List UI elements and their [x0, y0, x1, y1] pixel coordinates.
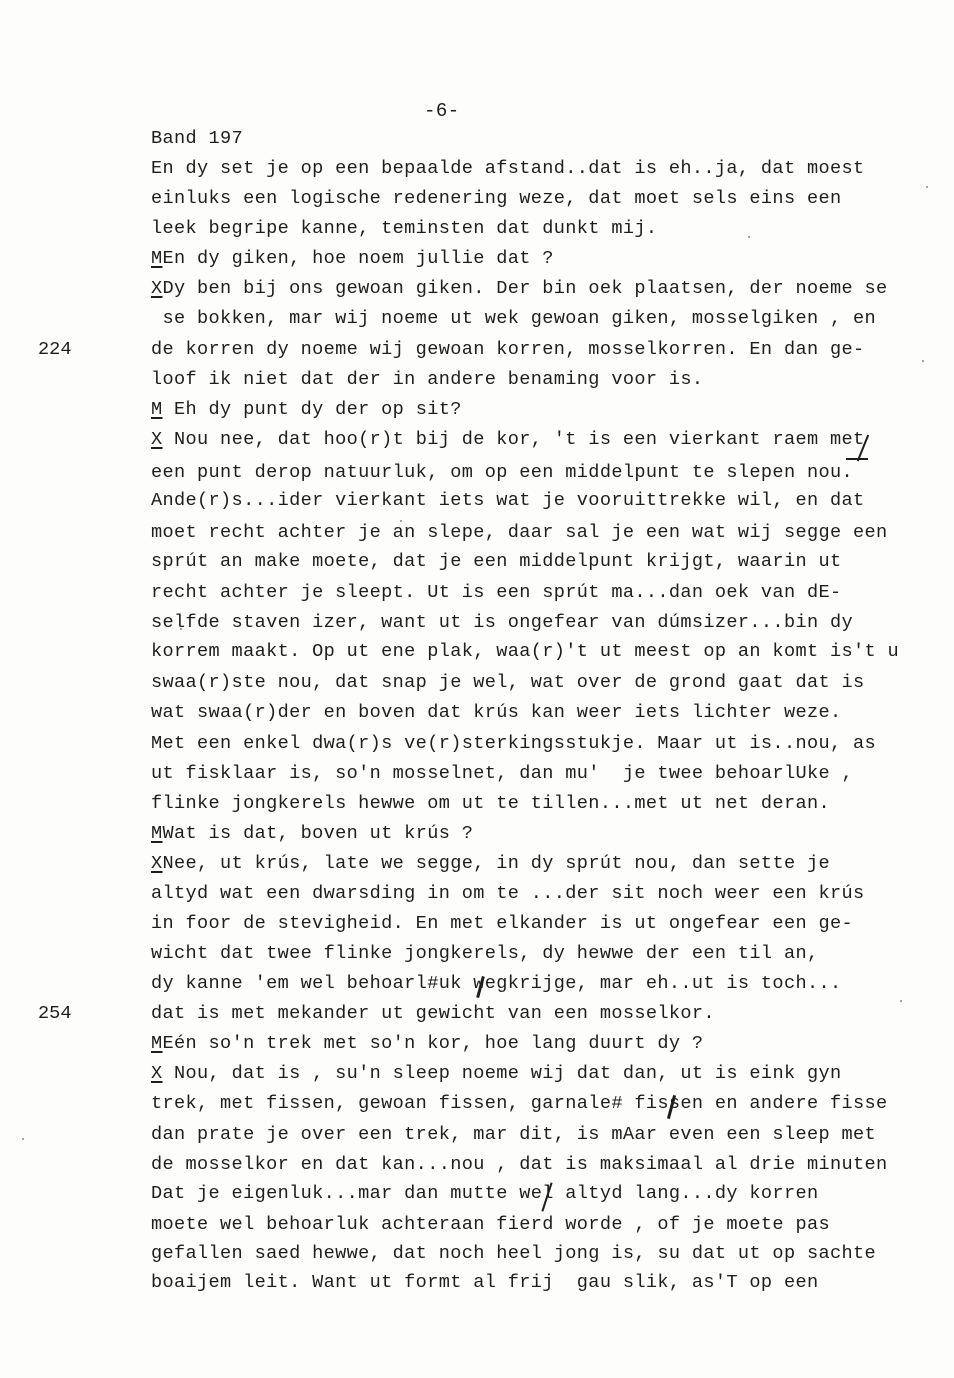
- paper-speck: [748, 236, 750, 238]
- transcript-line: loof ik niet dat der in andere benaming …: [151, 369, 703, 391]
- transcript-line: korrem maakt. Op ut ene plak, waa(r)'t u…: [151, 641, 899, 663]
- transcript-line: dat is met mekander ut gewicht van een m…: [151, 1003, 715, 1025]
- line-text: de mosselkor en dat kan...nou , dat is m…: [151, 1154, 888, 1175]
- transcript-line: MWat is dat, boven ut krús ?: [151, 823, 473, 845]
- line-text: dat is met mekander ut gewicht van een m…: [151, 1003, 715, 1024]
- transcript-line: MEn dy giken, hoe noem jullie dat ?: [151, 248, 554, 270]
- transcript-line: selfde staven izer, want ut is ongefear …: [151, 612, 853, 634]
- transcript-line: recht achter je sleept. Ut is een sprút …: [151, 582, 841, 604]
- speaker-marker: M: [151, 1033, 163, 1054]
- transcript-line: Dat je eigenluk...mar dan mutte wel alty…: [151, 1183, 818, 1205]
- line-text: Dy ben bij ons gewoan giken. Der bin oek…: [163, 278, 888, 299]
- speaker-marker: X: [151, 278, 163, 299]
- line-text: Eén so'n trek met so'n kor, hoe lang duu…: [163, 1033, 704, 1054]
- line-text: Nou, dat is , su'n sleep noeme wij dat d…: [163, 1063, 842, 1084]
- line-text: En dy set je op een bepaalde afstand..da…: [151, 158, 865, 179]
- line-text: wat swaa(r)der en boven dat krús kan wee…: [151, 702, 841, 723]
- tape-counter-number: 254: [38, 1003, 71, 1025]
- transcript-line: boaijem leit. Want ut formt al frij gau …: [151, 1272, 818, 1294]
- transcript-line: moet recht achter je an slepe, daar sal …: [151, 522, 888, 544]
- typewritten-page: -6- Band 197En dy set je op een bepaalde…: [0, 0, 954, 1378]
- line-text: loof ik niet dat der in andere benaming …: [151, 369, 703, 390]
- transcript-line: trek, met fissen, gewoan fissen, garnale…: [151, 1093, 888, 1115]
- transcript-line: wicht dat twee flinke jongkerels, dy hew…: [151, 943, 818, 965]
- line-text: ut fisklaar is, so'n mosselnet, dan mu' …: [151, 763, 853, 784]
- transcript-line: se bokken, mar wij noeme ut wek gewoan g…: [151, 308, 876, 330]
- transcript-line: dan prate je over een trek, mar dit, is …: [151, 1124, 876, 1146]
- speaker-marker: M: [151, 399, 163, 420]
- line-text: leek begripe kanne, teminsten dat dunkt …: [151, 218, 657, 239]
- page-number: -6-: [424, 100, 460, 122]
- line-text: in foor de stevigheid. En met elkander i…: [151, 913, 853, 934]
- transcript-line: En dy set je op een bepaalde afstand..da…: [151, 158, 865, 180]
- paper-speck: [22, 1138, 24, 1140]
- speaker-marker: M: [151, 823, 163, 844]
- transcript-line: moete wel behoarluk achteraan fierd word…: [151, 1214, 830, 1236]
- line-text: moete wel behoarluk achteraan fierd word…: [151, 1214, 830, 1235]
- paper-speck: [180, 628, 182, 630]
- line-text: selfde staven izer, want ut is ongefear …: [151, 612, 853, 633]
- line-text: Nou nee, dat hoo(r)t bij de kor, 't is e…: [163, 429, 865, 450]
- line-text: En dy giken, hoe noem jullie dat ?: [163, 248, 554, 269]
- line-text: trek, met fissen, gewoan fissen, garnale…: [151, 1093, 888, 1114]
- line-text: Eh dy punt dy der op sit?: [163, 399, 462, 420]
- transcript-line: Ande(r)s...ider vierkant iets wat je voo…: [151, 490, 865, 512]
- transcript-line: gefallen saed hewwe, dat noch heel jong …: [151, 1243, 876, 1265]
- transcript-line: wat swaa(r)der en boven dat krús kan wee…: [151, 702, 841, 724]
- transcript-line: dy kanne 'em wel behoarl#uk wegkrijge, m…: [151, 973, 841, 995]
- transcript-line: een punt derop natuurluk, om op een midd…: [151, 462, 853, 484]
- transcript-line: sprút an make moete, dat je een middelpu…: [151, 551, 841, 573]
- transcript-line: de korren dy noeme wij gewoan korren, mo…: [151, 339, 865, 361]
- speaker-marker: X: [151, 1063, 163, 1084]
- line-text: swaa(r)ste nou, dat snap je wel, wat ove…: [151, 672, 865, 693]
- line-text: Dat je eigenluk...mar dan mutte wel alty…: [151, 1183, 818, 1204]
- line-text: Nee, ut krús, late we segge, in dy sprút…: [163, 853, 830, 874]
- line-text: korrem maakt. Op ut ene plak, waa(r)'t u…: [151, 641, 899, 662]
- transcript-line: MEén so'n trek met so'n kor, hoe lang du…: [151, 1033, 703, 1055]
- line-text: recht achter je sleept. Ut is een sprút …: [151, 582, 841, 603]
- transcript-line: XNee, ut krús, late we segge, in dy sprú…: [151, 853, 830, 875]
- transcript-line: flinke jongkerels hewwe om ut te tillen.…: [151, 793, 830, 815]
- transcript-line: Band 197: [151, 128, 243, 150]
- line-text: gefallen saed hewwe, dat noch heel jong …: [151, 1243, 876, 1264]
- transcript-line: ut fisklaar is, so'n mosselnet, dan mu' …: [151, 763, 853, 785]
- line-text: moet recht achter je an slepe, daar sal …: [151, 522, 888, 543]
- transcript-line: XDy ben bij ons gewoan giken. Der bin oe…: [151, 278, 888, 300]
- paper-speck: [400, 520, 402, 522]
- transcript-line: in foor de stevigheid. En met elkander i…: [151, 913, 853, 935]
- line-text: altyd wat een dwarsding in om te ...der …: [151, 883, 865, 904]
- line-text: dy kanne 'em wel behoarl#uk wegkrijge, m…: [151, 973, 841, 994]
- line-text: Wat is dat, boven ut krús ?: [163, 823, 474, 844]
- speaker-marker: X: [151, 853, 163, 874]
- line-text: een punt derop natuurluk, om op een midd…: [151, 462, 853, 483]
- line-text: se bokken, mar wij noeme ut wek gewoan g…: [151, 308, 876, 329]
- paper-speck: [922, 360, 924, 362]
- tape-counter-number: 224: [38, 339, 71, 361]
- line-text: sprút an make moete, dat je een middelpu…: [151, 551, 841, 572]
- transcript-line: altyd wat een dwarsding in om te ...der …: [151, 883, 865, 905]
- line-text: Band 197: [151, 128, 243, 149]
- transcript-line: X Nou, dat is , su'n sleep noeme wij dat…: [151, 1063, 842, 1085]
- transcript-line: swaa(r)ste nou, dat snap je wel, wat ove…: [151, 672, 865, 694]
- handwritten-underline-mark: [846, 458, 868, 460]
- line-text: Ande(r)s...ider vierkant iets wat je voo…: [151, 490, 865, 511]
- line-text: flinke jongkerels hewwe om ut te tillen.…: [151, 793, 830, 814]
- line-text: boaijem leit. Want ut formt al frij gau …: [151, 1272, 818, 1293]
- line-text: dan prate je over een trek, mar dit, is …: [151, 1124, 876, 1145]
- paper-speck: [900, 1000, 902, 1002]
- transcript-line: einluks een logische redenering weze, da…: [151, 188, 841, 210]
- speaker-marker: M: [151, 248, 163, 269]
- line-text: wicht dat twee flinke jongkerels, dy hew…: [151, 943, 818, 964]
- paper-speck: [926, 186, 928, 188]
- line-text: de korren dy noeme wij gewoan korren, mo…: [151, 339, 865, 360]
- line-text: einluks een logische redenering weze, da…: [151, 188, 841, 209]
- line-text: Met een enkel dwa(r)s ve(r)sterkingsstuk…: [151, 733, 876, 754]
- transcript-line: de mosselkor en dat kan...nou , dat is m…: [151, 1154, 888, 1176]
- transcript-line: leek begripe kanne, teminsten dat dunkt …: [151, 218, 657, 240]
- speaker-marker: X: [151, 429, 163, 450]
- transcript-line: M Eh dy punt dy der op sit?: [151, 399, 462, 421]
- transcript-line: Met een enkel dwa(r)s ve(r)sterkingsstuk…: [151, 733, 876, 755]
- transcript-line: X Nou nee, dat hoo(r)t bij de kor, 't is…: [151, 429, 865, 451]
